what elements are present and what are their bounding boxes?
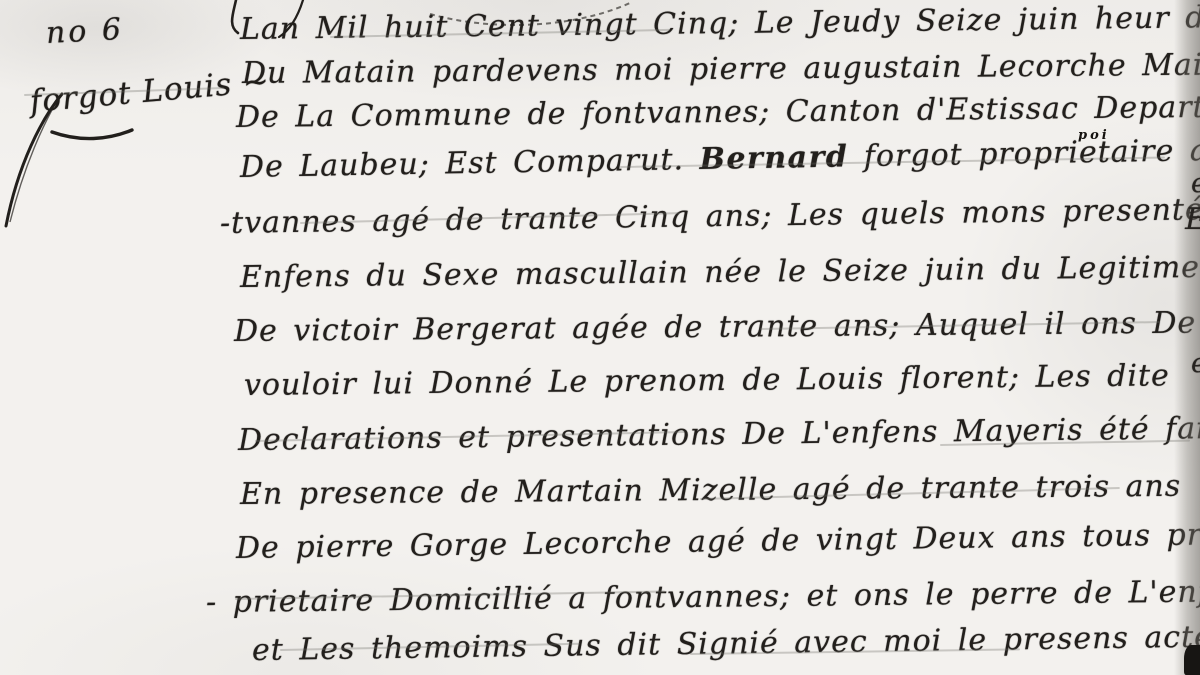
edge-glyph-fragment: e [1191,168,1200,199]
text-line-segment: -tvannes agé de trante Cinq ans; Les que… [220,191,1200,241]
text-line: De victoir Bergerat agée de trante ans; … [234,305,1200,350]
text-line: Declarations et presentations De L'enfen… [238,411,1200,459]
edge-glyph-fragment: e [1191,348,1200,379]
page-edge-shadow [1174,0,1200,675]
corner-blot [1184,645,1200,675]
scanned-document-page: no 6 forgot Louis ~ poi Lan Mil huit Cen… [0,0,1200,675]
text-line: -tvannes agé de trante Cinq ans; Les que… [220,191,1200,242]
text-line: De pierre Gorge Lecorche agé de vingt De… [236,517,1200,567]
text-line-segment: forgot proprietaire a fon [848,132,1200,174]
text-line-segment: De La Commune de fontvannes; Canton d'Es… [236,89,1200,135]
text-line-segment: Declarations et presentations De L'enfen… [238,411,1200,458]
text-line-segment: Enfens du Sexe mascullain née le Seize j… [240,249,1200,295]
overwritten-name: Bernard [699,139,848,177]
text-line-segment: Lan Mil huit Cent vingt Cinq; Le Jeudy S… [240,0,1200,47]
text-line-segment: et Les themoims Sus dit Signié avec moi … [252,619,1200,668]
text-line: et Les themoims Sus dit Signié avec moi … [252,619,1200,669]
text-line-segment: De Laubeu; Est Comparut. [240,142,700,185]
text-line-segment: vouloir lui Donné Le prenom de Louis flo… [244,358,1170,403]
record-number: no 6 [45,12,125,51]
text-line-segment: De pierre Gorge Lecorche agé de vingt De… [236,517,1200,566]
text-line: Lan Mil huit Cent vingt Cinq; Le Jeudy S… [240,0,1200,48]
text-line: Du Matain pardevens moi pierre augustain… [242,47,1200,92]
text-line: vouloir lui Donné Le prenom de Louis flo… [244,358,1170,404]
edge-glyph-fragment: E [1185,202,1200,237]
text-line: Enfens du Sexe mascullain née le Seize j… [240,249,1200,296]
text-line-segment: De victoir Bergerat agée de trante ans; … [234,305,1200,349]
text-line-segment: Du Matain pardevens moi pierre augustain… [242,47,1200,91]
text-line: De La Commune de fontvannes; Canton d'Es… [236,89,1200,136]
